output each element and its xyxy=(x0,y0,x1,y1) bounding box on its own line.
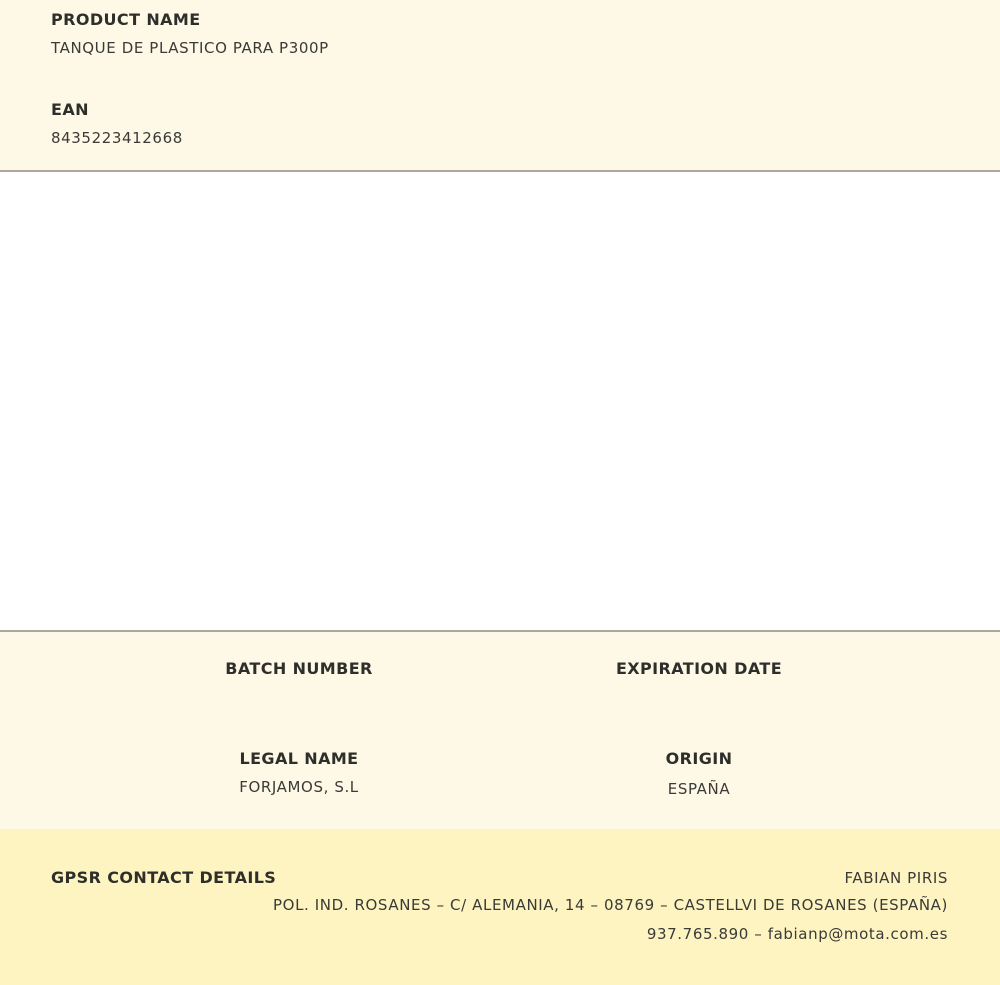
batch-number-label: BATCH NUMBER xyxy=(225,659,373,678)
legal-name-value: FORJAMOS, S.L xyxy=(239,778,359,796)
ean-label: EAN xyxy=(51,100,89,119)
gpsr-contact-section: GPSR CONTACT DETAILS FABIAN PIRIS POL. I… xyxy=(0,829,1000,985)
legal-name-label: LEGAL NAME xyxy=(239,749,358,768)
gpsr-contact-label: GPSR CONTACT DETAILS xyxy=(51,868,276,887)
blank-content-area xyxy=(0,172,1000,630)
ean-value: 8435223412668 xyxy=(51,129,183,147)
product-name-label: PRODUCT NAME xyxy=(51,10,201,29)
product-name-value: TANQUE DE PLASTICO PARA P300P xyxy=(51,39,329,57)
contact-phone-email: 937.765.890 – fabianp@mota.com.es xyxy=(647,925,948,943)
origin-label: ORIGIN xyxy=(666,749,733,768)
contact-name: FABIAN PIRIS xyxy=(844,869,948,887)
product-details-section: BATCH NUMBER EXPIRATION DATE LEGAL NAME … xyxy=(0,630,1000,831)
contact-address: POL. IND. ROSANES – C/ ALEMANIA, 14 – 08… xyxy=(273,896,948,914)
product-info-section: PRODUCT NAME TANQUE DE PLASTICO PARA P30… xyxy=(0,0,1000,172)
origin-value: ESPAÑA xyxy=(668,780,730,798)
expiration-date-label: EXPIRATION DATE xyxy=(616,659,782,678)
